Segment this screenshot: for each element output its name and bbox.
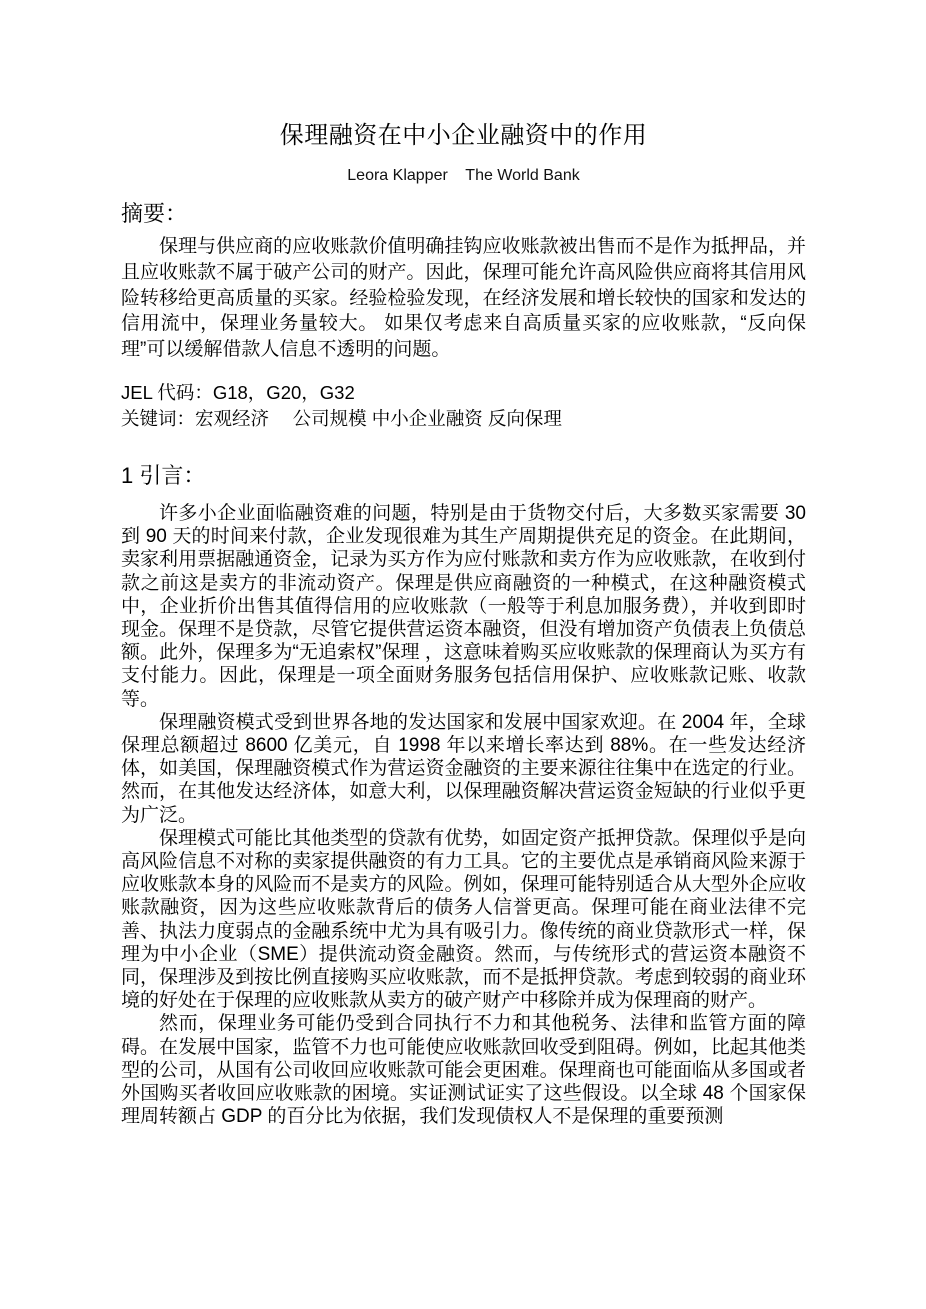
introduction-heading: 1 引言： — [121, 461, 806, 491]
intro-paragraph-3: 保理模式可能比其他类型的贷款有优势，如固定资产抵押贷款。保理似乎是向高风险信息不… — [121, 827, 806, 1013]
meta-block: JEL 代码：G18，G20，G32 关键词：宏观经济 公司规模 中小企业融资 … — [121, 380, 806, 432]
jel-codes-line: JEL 代码：G18，G20，G32 — [121, 380, 806, 406]
intro-paragraph-1: 许多小企业面临融资难的问题，特别是由于货物交付后，大多数买家需要 30 到 90… — [121, 502, 806, 711]
document-page: 保理融资在中小企业融资中的作用 Leora Klapper The World … — [0, 0, 926, 1309]
abstract-paragraph: 保理与供应商的应收账款价值明确挂钩应收账款被出售而不是作为抵押品，并且应收账款不… — [121, 234, 806, 363]
author-byline: Leora Klapper The World Bank — [121, 165, 806, 186]
abstract-heading: 摘要： — [121, 199, 806, 229]
keywords-line: 关键词：宏观经济 公司规模 中小企业融资 反向保理 — [121, 406, 806, 432]
intro-paragraph-2: 保理融资模式受到世界各地的发达国家和发展中国家欢迎。在 2004 年，全球保理总… — [121, 711, 806, 827]
intro-paragraph-4: 然而，保理业务可能仍受到合同执行不力和其他税务、法律和监管方面的障碍。在发展中国… — [121, 1012, 806, 1128]
document-title: 保理融资在中小企业融资中的作用 — [121, 0, 806, 152]
introduction-body: 许多小企业面临融资难的问题，特别是由于货物交付后，大多数买家需要 30 到 90… — [121, 502, 806, 1128]
